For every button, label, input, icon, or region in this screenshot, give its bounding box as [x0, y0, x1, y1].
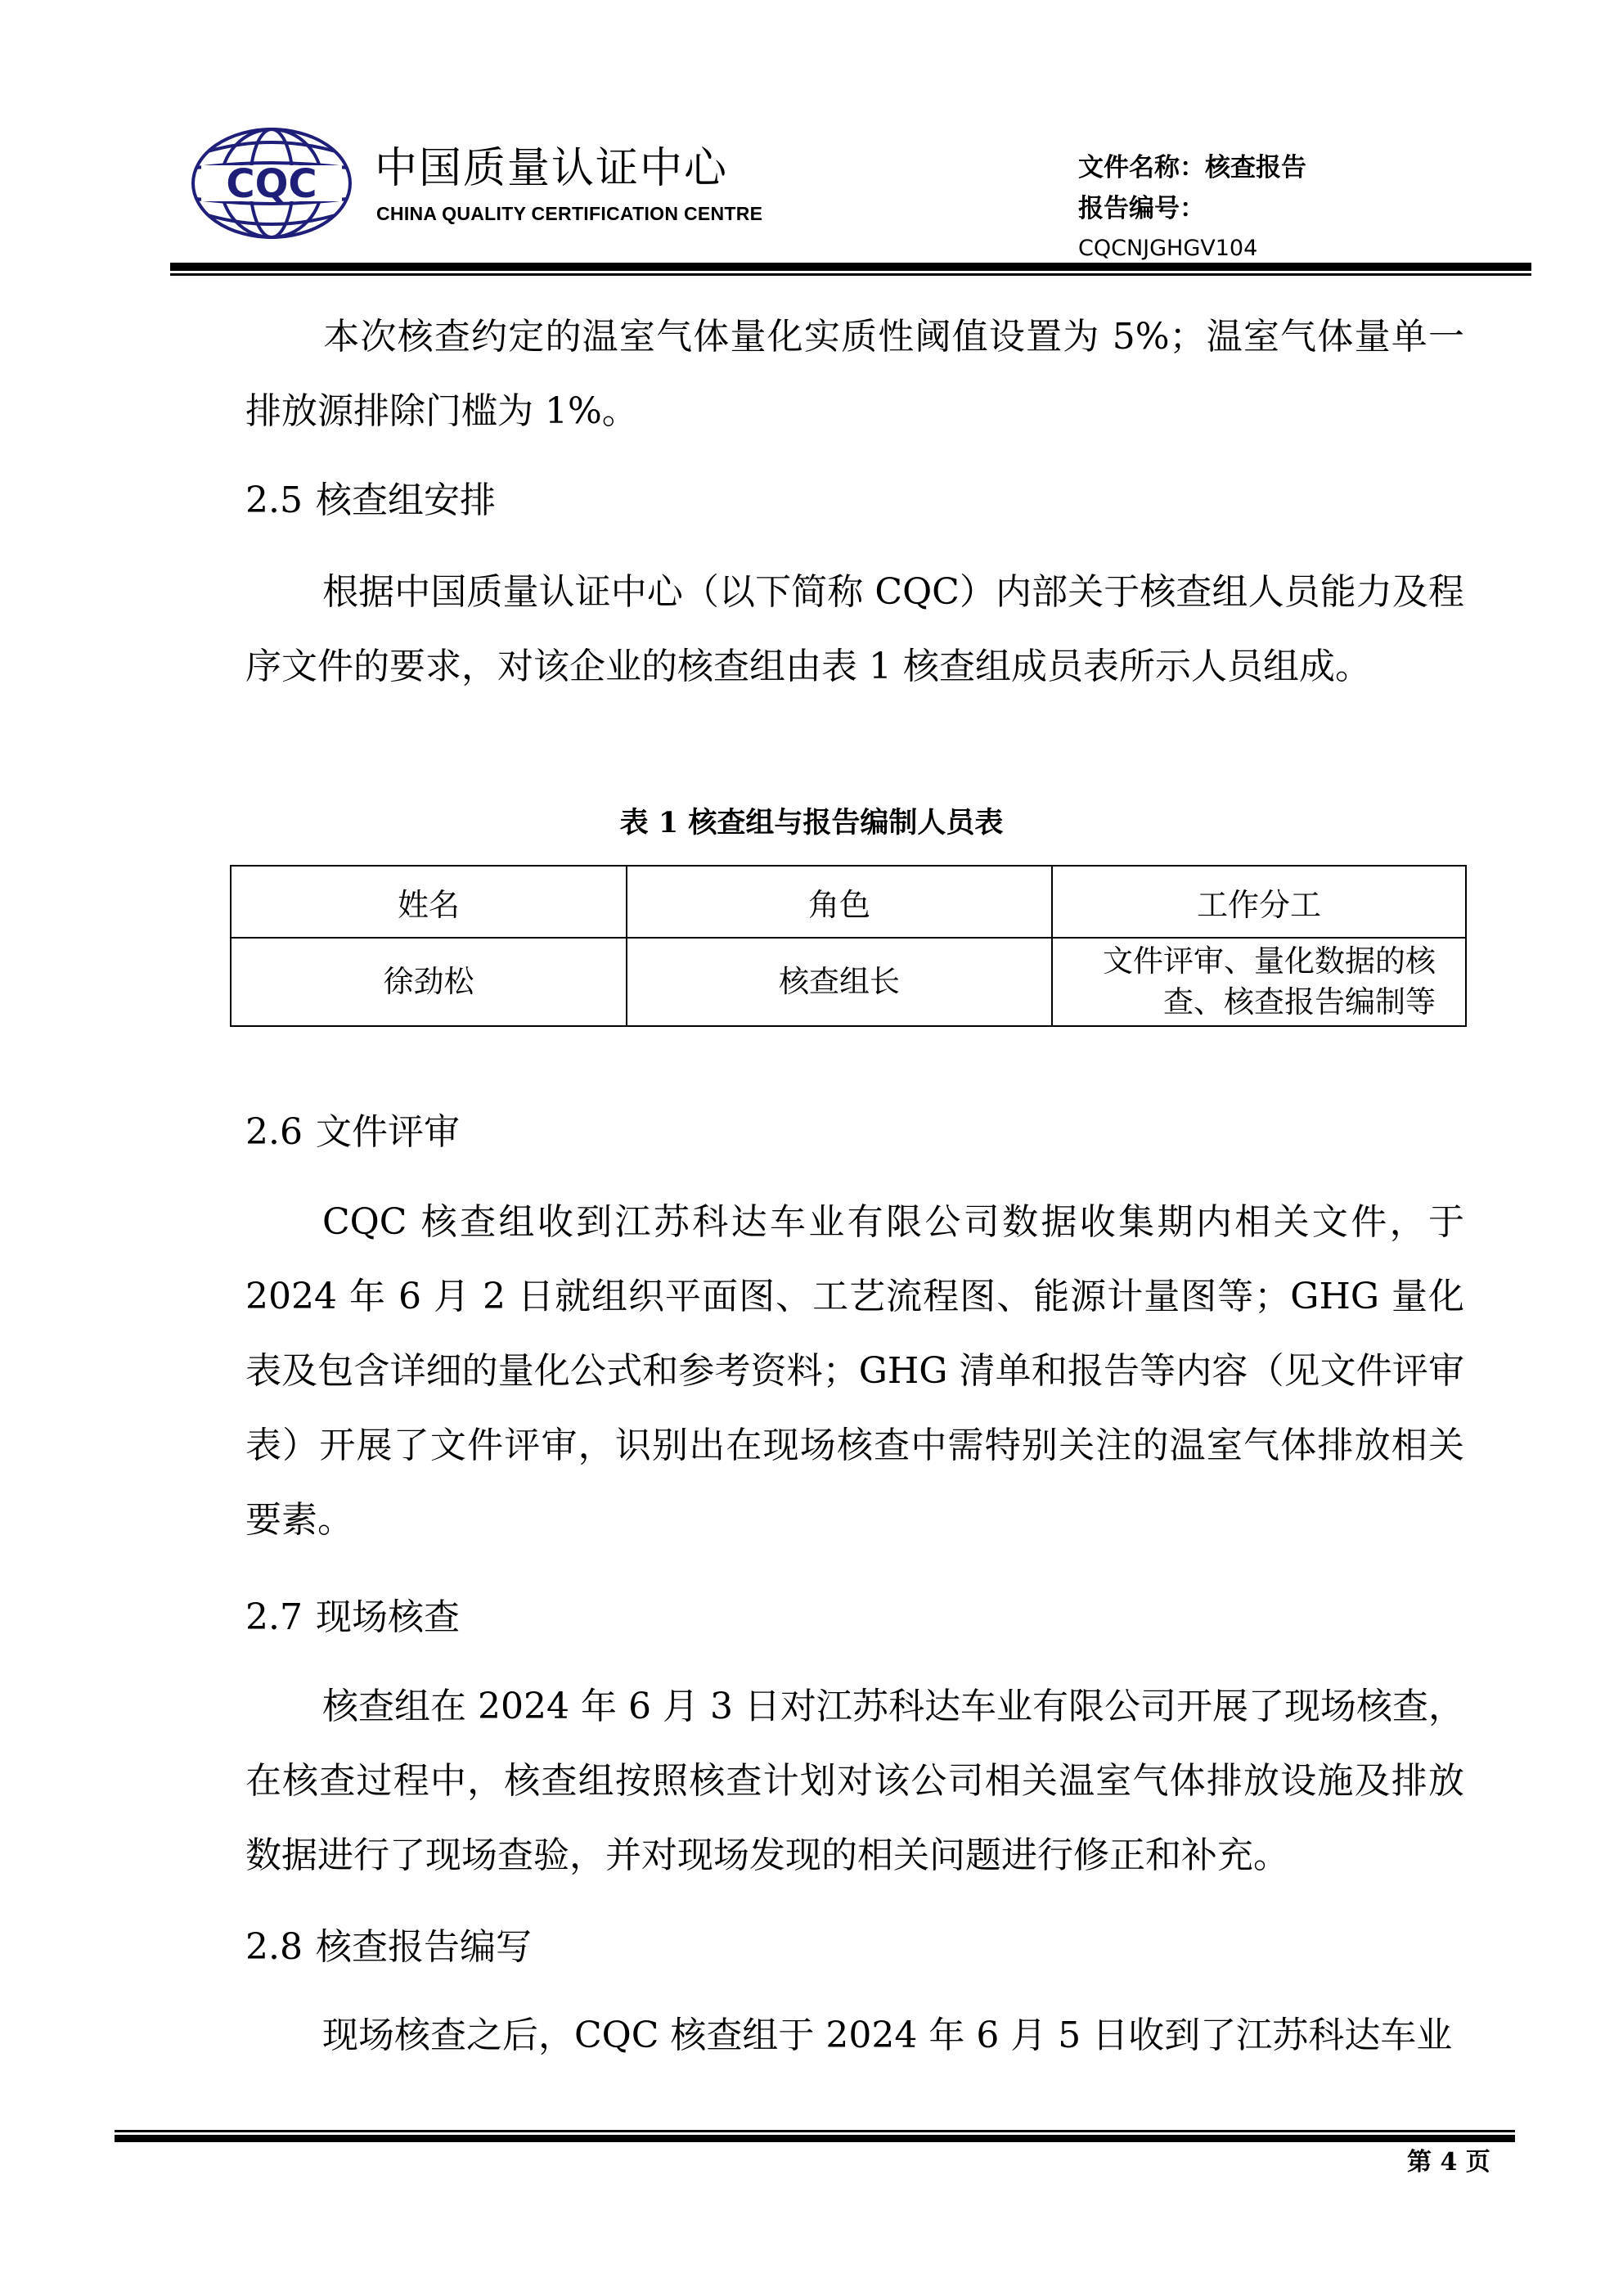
section-2-5-paragraph: 根据中国质量认证中心（以下简称 CQC）内部关于核查组人员能力及程序文件的要求，… — [245, 555, 1464, 704]
column-header-role: 角色 — [627, 866, 1052, 938]
team-members-table: 姓名 角色 工作分工 徐劲松 核查组长 文件评审、量化数据的核查、核查报告编制等 — [230, 865, 1467, 1027]
section-heading-2-7: 2.7现场核查 — [245, 1600, 460, 1636]
globe-logo-icon: CQC — [190, 127, 353, 240]
org-name-cn: 中国质量认证中心 — [375, 147, 728, 190]
cell-duty: 文件评审、量化数据的核查、核查报告编制等 — [1052, 938, 1466, 1026]
svg-text:CQC: CQC — [226, 161, 317, 207]
table-row: 徐劲松 核查组长 文件评审、量化数据的核查、核查报告编制等 — [231, 938, 1466, 1026]
file-name-label: 文件名称：核查报告 — [1078, 155, 1306, 181]
page-number: 第 4 页 — [1407, 2150, 1490, 2175]
header-rule-thick — [170, 263, 1531, 271]
footer-rule-thick — [115, 2135, 1515, 2142]
section-heading-2-5: 2.5核查组安排 — [245, 483, 496, 519]
report-number-label: 报告编号： — [1078, 196, 1205, 222]
section-2-6-paragraph: CQC 核查组收到江苏科达车业有限公司数据收集期内相关文件，于 2024 年 6… — [245, 1185, 1464, 1557]
table-header-row: 姓名 角色 工作分工 — [231, 866, 1466, 938]
section-heading-2-8: 2.8核查报告编写 — [245, 1929, 532, 1965]
footer-rule-thin — [115, 2130, 1515, 2132]
intro-paragraph: 本次核查约定的温室气体量化实质性阈值设置为 5%；温室气体量单一排放源排除门槛为… — [245, 299, 1464, 448]
column-header-duty: 工作分工 — [1052, 866, 1466, 938]
section-heading-2-6: 2.6文件评审 — [245, 1114, 460, 1150]
report-number: CQCNJGHGV104 — [1078, 237, 1257, 259]
header-rule-thin — [170, 273, 1531, 276]
section-2-7-paragraph: 核查组在 2024 年 6 月 3 日对江苏科达车业有限公司开展了现场核查，在核… — [245, 1669, 1464, 1893]
section-2-8-paragraph: 现场核查之后，CQC 核查组于 2024 年 6 月 5 日收到了江苏科达车业 — [245, 1998, 1464, 2073]
column-header-name: 姓名 — [231, 866, 627, 938]
table-caption: 表 1 核查组与报告编制人员表 — [0, 808, 1623, 838]
cell-role: 核查组长 — [627, 938, 1052, 1026]
cqc-logo: CQC — [190, 127, 353, 240]
cell-name: 徐劲松 — [231, 938, 627, 1026]
org-name-en: CHINA QUALITY CERTIFICATION CENTRE — [376, 205, 762, 223]
